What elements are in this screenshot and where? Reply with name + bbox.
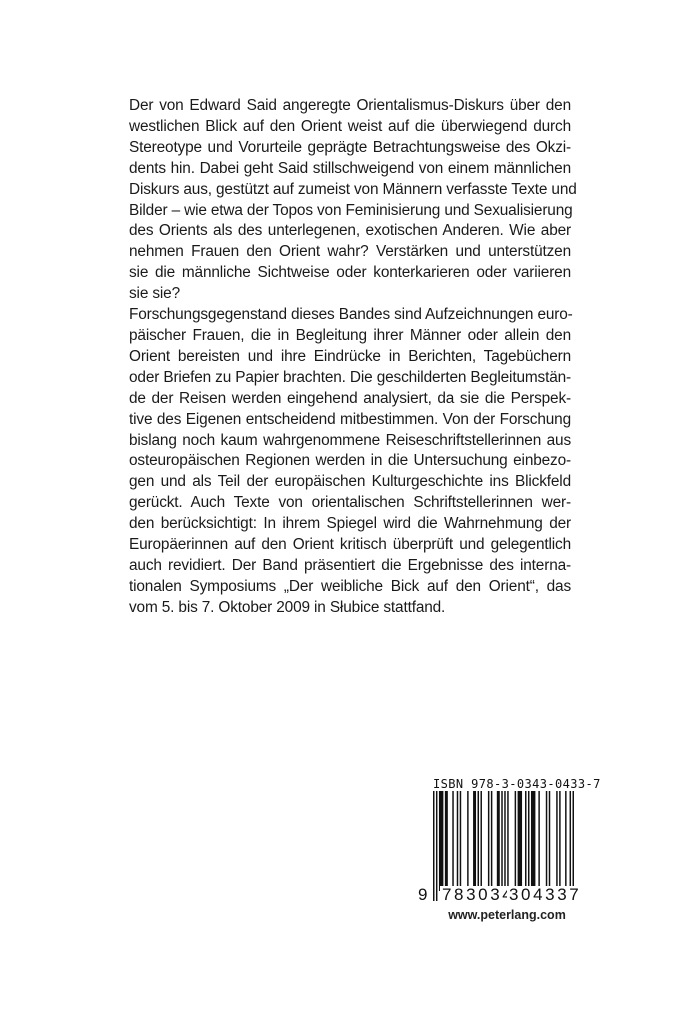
blurb-line: westlichen Blick auf den Orient weist au…	[129, 117, 571, 138]
blurb-line: Der von Edward Said angeregte Orientalis…	[129, 96, 571, 117]
blurb-line: gerückt. Auch Texte von orientalischen S…	[129, 493, 571, 514]
blurb-line: de der Reisen werden eingehend analysier…	[129, 389, 571, 410]
blurb-line: oder Briefen zu Papier brachten. Die ges…	[129, 368, 571, 389]
blurb-line: sie die männliche Sichtweise oder konter…	[129, 263, 571, 284]
blurb-line: Orient bereisten und ihre Eindrücke in B…	[129, 347, 571, 368]
blurb-line: osteuropäischen Regionen werden in die U…	[129, 451, 571, 472]
barcode-digits-right: 304337	[507, 886, 583, 904]
blurb-line: Stereotype und Vorurteile geprägte Betra…	[129, 138, 571, 159]
blurb-line: Forschungsgegenstand dieses Bandes sind …	[129, 305, 571, 326]
blurb-line: nehmen Frauen den Orient wahr? Verstärke…	[129, 242, 571, 263]
blurb-line: vom 5. bis 7. Oktober 2009 in Słubice st…	[129, 598, 571, 619]
blurb-line: gen und als Teil der europäischen Kultur…	[129, 472, 571, 493]
blurb-line: dents hin. Dabei geht Said stillschweige…	[129, 159, 571, 180]
isbn-barcode: ISBN 978-3-0343-0433-7 9 783034 304337 w…	[424, 776, 584, 926]
blurb-line: auch revidiert. Der Band präsentiert die…	[129, 556, 571, 577]
blurb-line: des Orients als des unterlegenen, exotis…	[129, 221, 571, 242]
blurb-line: bislang noch kaum wahrgenommene Reisesch…	[129, 431, 571, 452]
blurb-line: päischer Frauen, die in Begleitung ihrer…	[129, 326, 571, 347]
blurb-line: Diskurs aus, gestützt auf zumeist von Mä…	[129, 180, 571, 201]
isbn-label: ISBN 978-3-0343-0433-7	[433, 778, 574, 790]
back-cover-blurb: Der von Edward Said angeregte Orientalis…	[129, 96, 571, 619]
blurb-line: Europäerinnen auf den Orient kritisch üb…	[129, 535, 571, 556]
barcode-digit-lead: 9	[418, 886, 427, 904]
blurb-line: tive des Eigenen entscheidend mitbestimm…	[129, 410, 571, 431]
blurb-line: tionalen Symposiums „Der weibliche Bick …	[129, 577, 571, 598]
publisher-url: www.peterlang.com	[424, 908, 590, 922]
blurb-line: Bilder – wie etwa der Topos von Feminisi…	[129, 201, 571, 222]
blurb-line: sie sie?	[129, 284, 571, 305]
barcode-digits-left: 783034	[440, 886, 516, 904]
blurb-line: den berücksichtigt: In ihrem Spiegel wir…	[129, 514, 571, 535]
